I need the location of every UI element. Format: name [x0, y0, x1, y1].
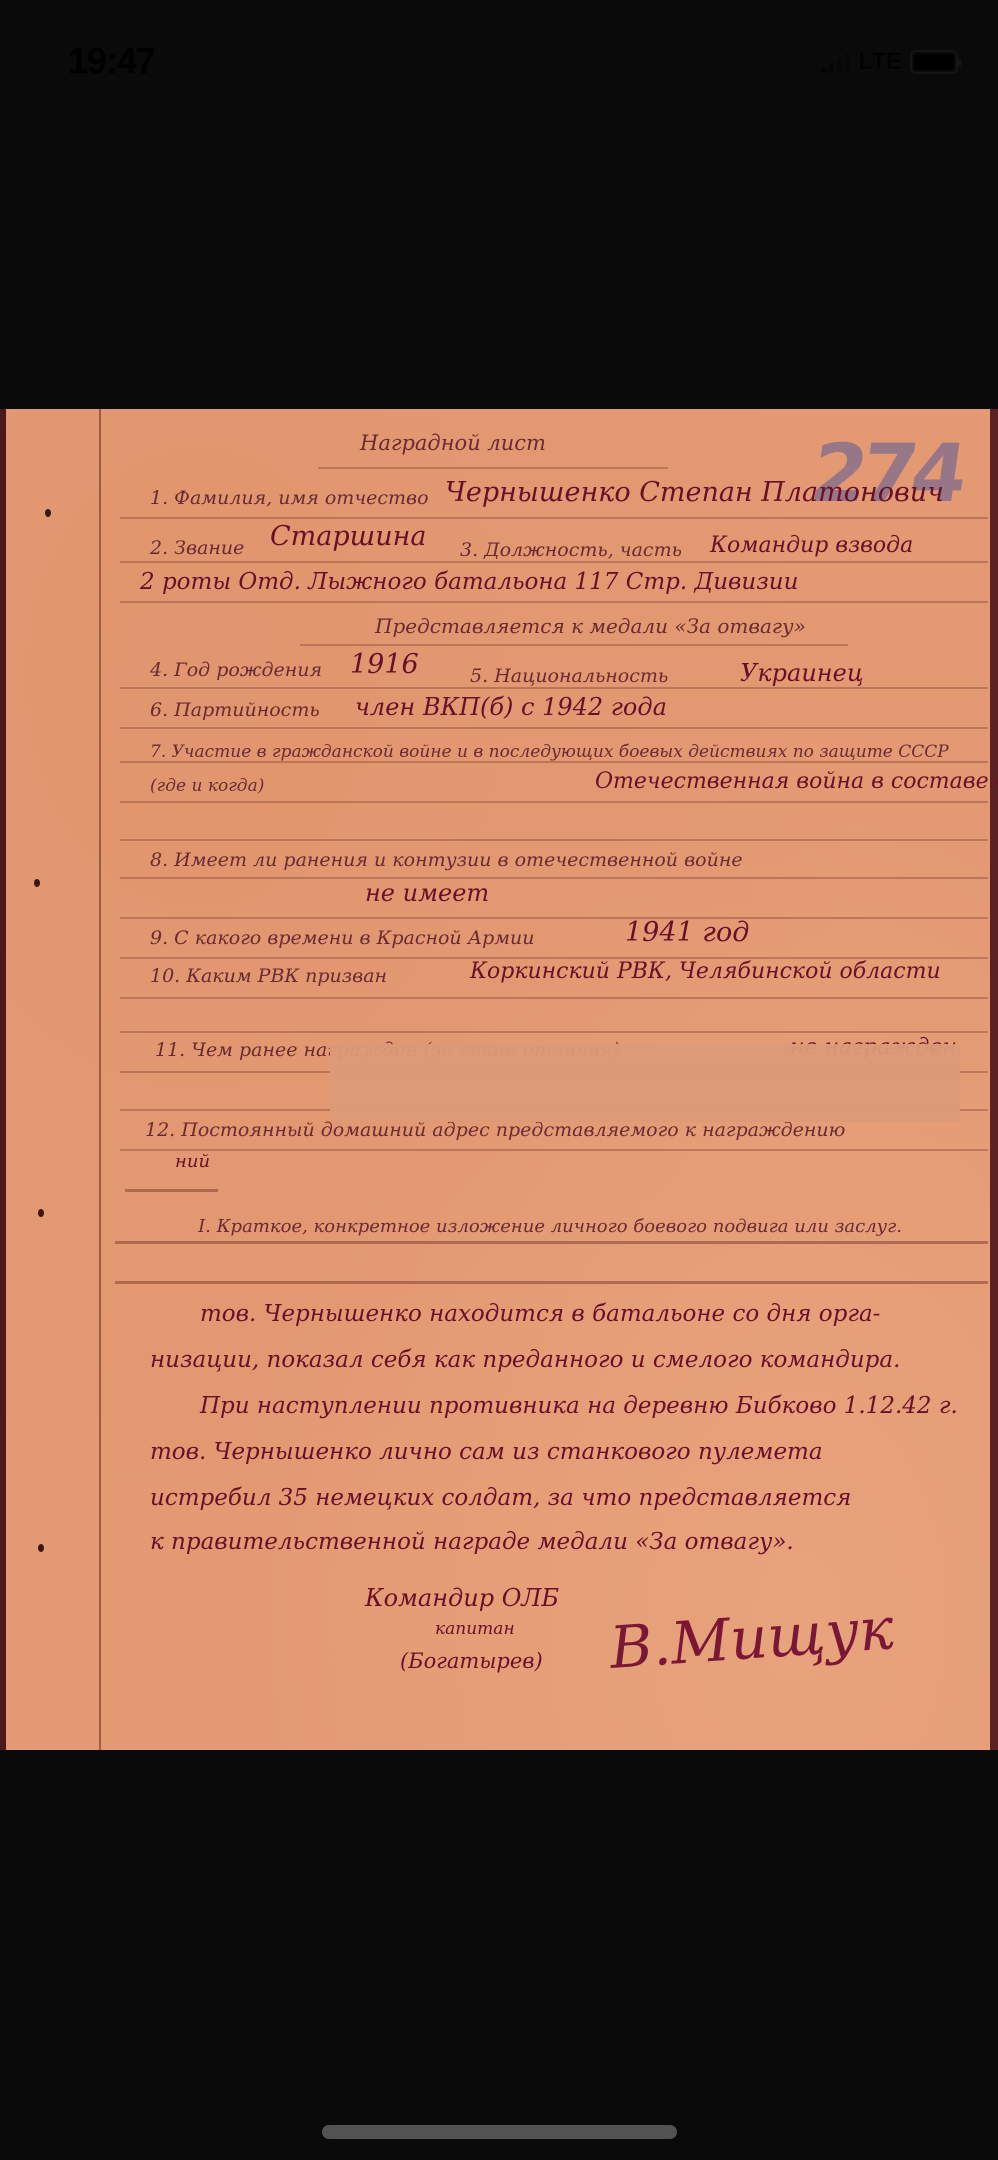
battery-icon	[910, 50, 958, 74]
narrative-line-2: низации, показал себя как преданного и с…	[150, 1347, 900, 1373]
margin-line	[99, 409, 101, 1750]
narrative-line-6: к правительственной награде медали «За о…	[150, 1529, 794, 1555]
document-title: Наградной лист	[360, 431, 546, 455]
field-9-label: 9. С какого времени в Красной Армии	[150, 927, 534, 949]
field-4-value: 1916	[350, 649, 419, 680]
field-6-label: 6. Партийность	[150, 699, 320, 721]
narrative-line-3: При наступлении противника на деревню Би…	[200, 1393, 958, 1419]
narrative-line-4: тов. Чернышенко лично сам из станкового …	[150, 1439, 823, 1465]
field-12-value: ний	[175, 1151, 210, 1172]
paper-edge-right	[990, 409, 998, 1750]
narrative-line-5: истребил 35 немецких солдат, за что пред…	[150, 1485, 851, 1511]
signer-title: Командир ОЛБ	[365, 1584, 559, 1612]
paper-edge-left	[0, 409, 6, 1750]
punch-hole	[34, 879, 40, 887]
section-i-label: I. Краткое, конкретное изложение личного…	[140, 1209, 960, 1245]
field-10-label: 10. Каким РВК призван	[150, 965, 387, 987]
narrative-line-1: тов. Чернышенко находится в батальоне со…	[200, 1301, 880, 1327]
field-2-label: 2. Звание	[150, 537, 244, 559]
punch-hole	[45, 509, 51, 517]
field-8-value: не имеет	[365, 879, 489, 907]
signer-name: (Богатырев)	[400, 1649, 543, 1673]
award-sheet-photo[interactable]: 274 Наградной лист 1. Фамилия, имя отчес…	[0, 409, 998, 1750]
field-1-value: Чернышенко Степан Платонович	[445, 477, 944, 508]
punch-hole	[38, 1209, 44, 1217]
field-3-value: Командир взвода	[710, 533, 913, 558]
signature: В.Мищук	[608, 1594, 896, 1682]
field-5-label: 5. Национальность	[470, 665, 668, 687]
status-time: 19:47	[68, 40, 155, 82]
punch-hole	[38, 1544, 44, 1552]
redacted-address	[330, 1044, 960, 1122]
status-icons: LTE	[821, 48, 958, 76]
signer-rank: капитан	[435, 1619, 515, 1639]
field-5-value: Украинец	[740, 659, 864, 687]
field-3-label: 3. Должность, часть	[460, 539, 682, 561]
unit-value: 2 роты Отд. Лыжного батальона 117 Стр. Д…	[140, 569, 798, 595]
field-10-value: Коркинский РВК, Челябинской области	[470, 959, 941, 984]
field-6-value: член ВКП(б) с 1942 года	[355, 693, 667, 721]
field-7-value: Отечественная война в составе Отд. Лыжно…	[595, 769, 998, 794]
field-8-label: 8. Имеет ли ранения и контузии в отечест…	[150, 849, 743, 871]
field-12-label: 12. Постоянный домашний адрес представля…	[145, 1119, 845, 1141]
signal-icon	[821, 51, 850, 73]
field-9-value: 1941 год	[625, 917, 749, 948]
field-2-value: Старшина	[270, 521, 427, 552]
award-proposed: Представляется к медали «За отвагу»	[375, 614, 806, 638]
home-indicator[interactable]	[322, 2125, 677, 2139]
field-1-label: 1. Фамилия, имя отчество	[150, 487, 429, 509]
network-label: LTE	[858, 48, 902, 76]
field-4-label: 4. Год рождения	[150, 659, 322, 681]
status-bar: 19:47 LTE	[0, 0, 998, 120]
